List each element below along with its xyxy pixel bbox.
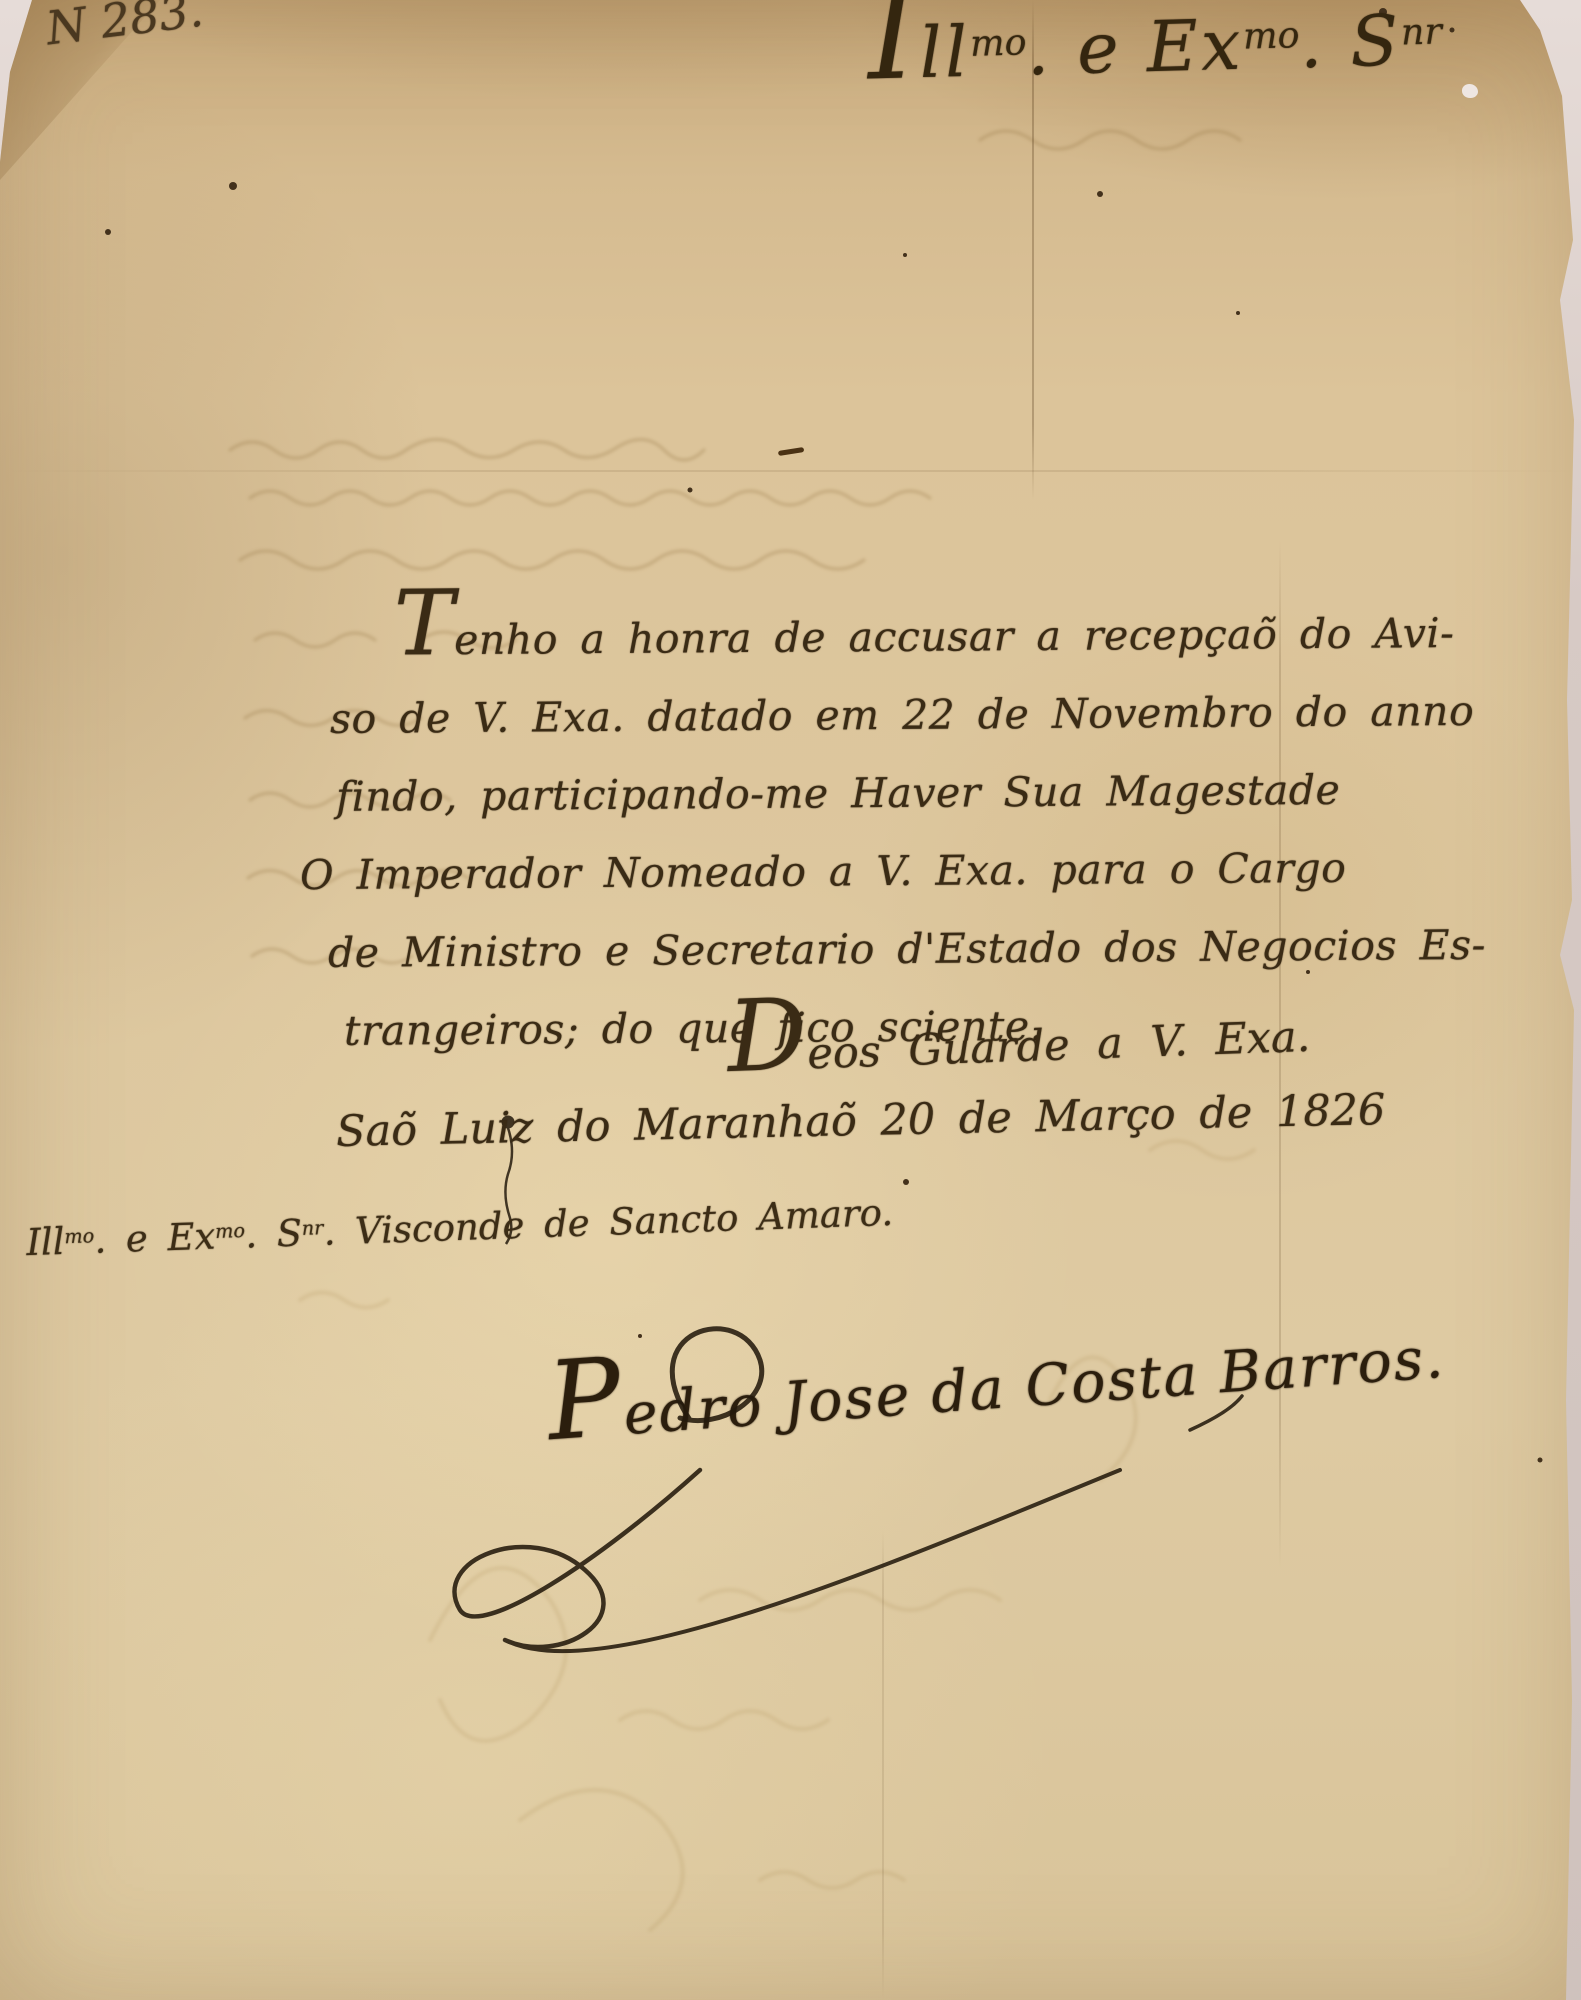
salutation-line: Illmo. e Exmo. Snr: [867, 0, 1443, 95]
letter-body: Tenho a honra de accusar a recepçaõ do A…: [298, 598, 1486, 1066]
salutation-text: Ill: [867, 11, 971, 96]
body-line: findo, participando-me Haver Sua Magesta…: [298, 750, 1486, 836]
salutation-superscript: mo: [969, 20, 1027, 64]
paper-sheet: N 283. Illmo. e Exmo. Snr Tenho a honra …: [0, 0, 1581, 2000]
salutation-text: . e Ex: [1026, 4, 1245, 92]
document-number: N 283.: [43, 0, 206, 55]
addressee-text: . S: [244, 1212, 302, 1257]
addressee-superscript: mo: [215, 1219, 246, 1243]
vertical-fold-crease: [882, 1530, 884, 2000]
salutation-text: . S: [1299, 0, 1403, 84]
place-date-line: Saõ Luiz do Maranhaõ 20 de Março de 1826: [336, 1085, 1386, 1157]
scanned-letter-page: N 283. Illmo. e Exmo. Snr Tenho a honra …: [0, 0, 1581, 2000]
salutation-superscript: nr: [1400, 9, 1442, 53]
body-line: Tenho a honra de accusar a recepçaõ do A…: [298, 594, 1486, 680]
body-line: so de V. Exa. datado em 22 de Novembro d…: [298, 672, 1486, 758]
addressee-line: Illmo. e Exmo. Snr. Visconde de Sancto A…: [26, 1191, 894, 1264]
paper-edge-nick: [1462, 84, 1478, 98]
body-line: de Ministro e Secretario d'Estado dos Ne…: [298, 906, 1486, 992]
addressee-text: . e Ex: [94, 1215, 216, 1262]
addressee-superscript: mo: [64, 1224, 95, 1248]
addressee-text: Ill: [26, 1220, 66, 1264]
body-line: O Imperador Nomeado a V. Exa. para o Car…: [298, 828, 1486, 914]
addressee-text: . Visconde de Sancto Amaro.: [323, 1191, 894, 1254]
salutation-superscript: mo: [1243, 13, 1301, 57]
addressee-superscript: nr: [301, 1216, 323, 1240]
signature-name: Pedro Jose da Costa Barros.: [547, 1325, 1447, 1453]
horizontal-fold-crease: [0, 470, 1581, 472]
